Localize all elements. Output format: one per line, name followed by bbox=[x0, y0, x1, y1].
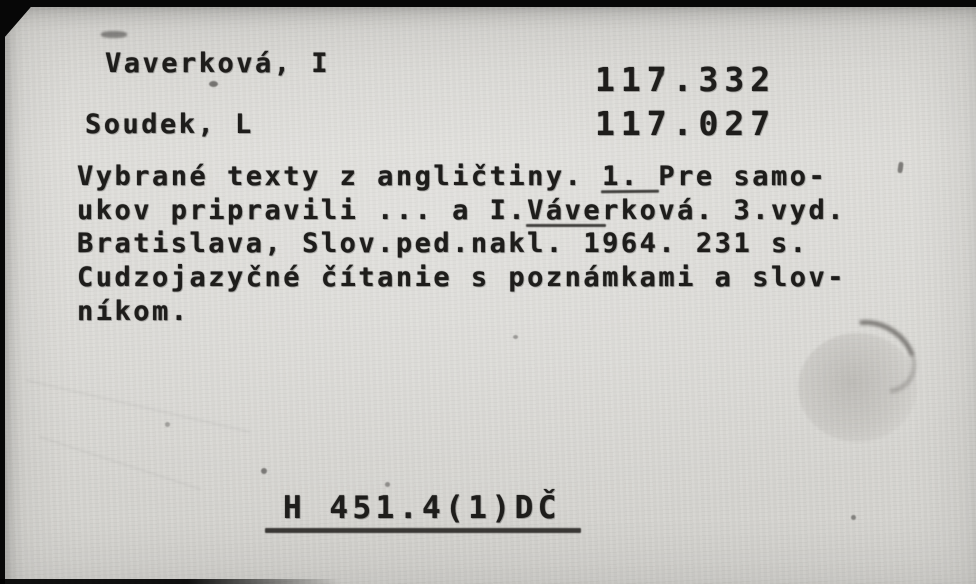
body-line-3: Bratislava, Slov.ped.nakl. 1964. 231 s. bbox=[77, 230, 808, 257]
ink-speck bbox=[897, 162, 903, 174]
body-line-1: Vybrané texty z angličtiny. 1. Pre samo- bbox=[77, 163, 827, 190]
main-entry-author: Vaverková, I bbox=[105, 50, 330, 77]
call-number-top: 117.332 bbox=[595, 63, 776, 96]
shelf-mark: H 451.4(1)DČ bbox=[283, 493, 561, 524]
ink-speck bbox=[385, 482, 390, 487]
body-line-5: níkom. bbox=[77, 298, 190, 325]
volume-number-underline bbox=[601, 190, 659, 194]
shelf-mark-underline bbox=[265, 528, 581, 533]
stamp-smudge bbox=[790, 325, 925, 450]
ink-speck bbox=[657, 70, 664, 77]
paper-crease bbox=[39, 436, 201, 490]
ink-speck bbox=[513, 335, 518, 339]
ink-speck bbox=[261, 468, 267, 474]
body-line-4: Cudzojazyčné čítanie s poznámkami a slov… bbox=[77, 264, 846, 291]
ink-speck bbox=[851, 515, 856, 520]
paper-crease bbox=[26, 379, 251, 433]
ink-speck bbox=[165, 422, 170, 427]
ink-speck bbox=[209, 81, 218, 87]
ink-speck bbox=[101, 31, 127, 38]
card-paper: Vaverková, I 117.332 Soudek, L 117.027 V… bbox=[5, 7, 976, 584]
scan-edge-shadow bbox=[0, 579, 340, 584]
scanned-catalog-card: Vaverková, I 117.332 Soudek, L 117.027 V… bbox=[0, 0, 976, 584]
author-tracing-underline bbox=[526, 224, 606, 227]
added-entry-author: Soudek, L bbox=[85, 111, 254, 138]
body-line-2: ukov pripravili ... a I.Váverková. 3.vyd… bbox=[77, 197, 846, 224]
call-number-bottom: 117.027 bbox=[595, 107, 776, 140]
